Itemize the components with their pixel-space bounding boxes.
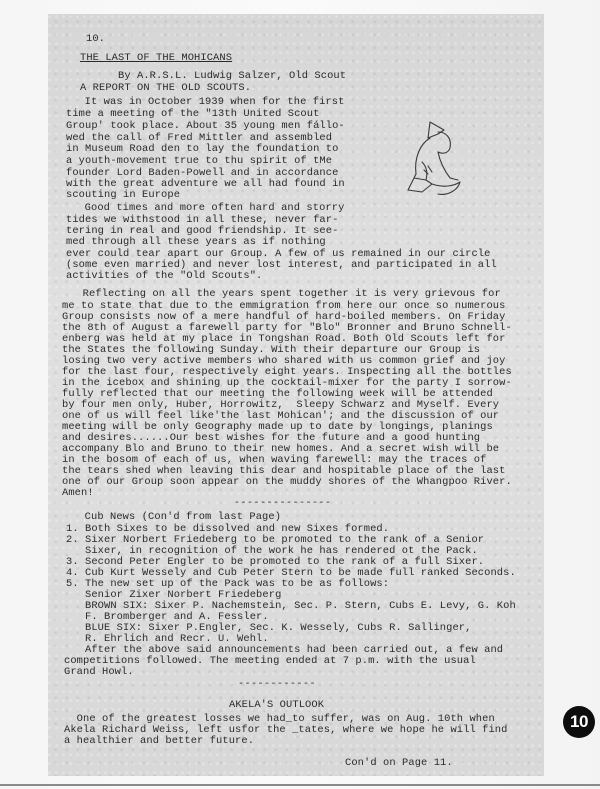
section-separator: ------------ [238,679,316,690]
cub-news-heading: Cub News (Con'd from last Page) [72,512,281,524]
text-line: Grand Howl. [64,667,134,679]
continued-note: Con'd on Page 11. [345,758,453,770]
bottom-divider [0,784,600,786]
text-line: one of our Group soon appear on the mudd… [62,477,512,489]
text-line: med through all these years as if nothin… [66,237,326,249]
page-number-badge: 10 [563,706,595,738]
text-line: activities of the "Old Scouts". [66,271,262,283]
page-number: 10. [86,34,105,46]
text-line: scouting in Europe [66,190,180,202]
text-line: a healthier and better future. [64,736,254,748]
scout-sketch-illustration [392,108,472,208]
text-line: time a meeting of the "13th United Scout [66,109,319,121]
text-line: Good times and more often hard and storr… [72,203,344,215]
text-line: a youth-movement true to thu spirit of t… [66,156,332,168]
text-line: Amen! [62,488,94,500]
article-subtitle: A REPORT ON THE OLD SCOUTS. [80,83,251,95]
text-line: It was in October 1939 when for the firs… [72,97,344,109]
akela-heading: AKELA'S OUTLOOK [229,700,324,712]
text-line: Reflecting on all the years spent togeth… [70,289,501,301]
article-title: THE LAST OF THE MOHICANS [80,53,232,65]
section-separator: --------------- [234,498,332,509]
text-line: in Museum Road den to lay the foundation… [66,144,338,156]
article-byline: By A.R.S.L. Ludwig Salzer, Old Scout [118,71,346,83]
text-line: Group' took place. About 35 young men fá… [66,121,345,133]
